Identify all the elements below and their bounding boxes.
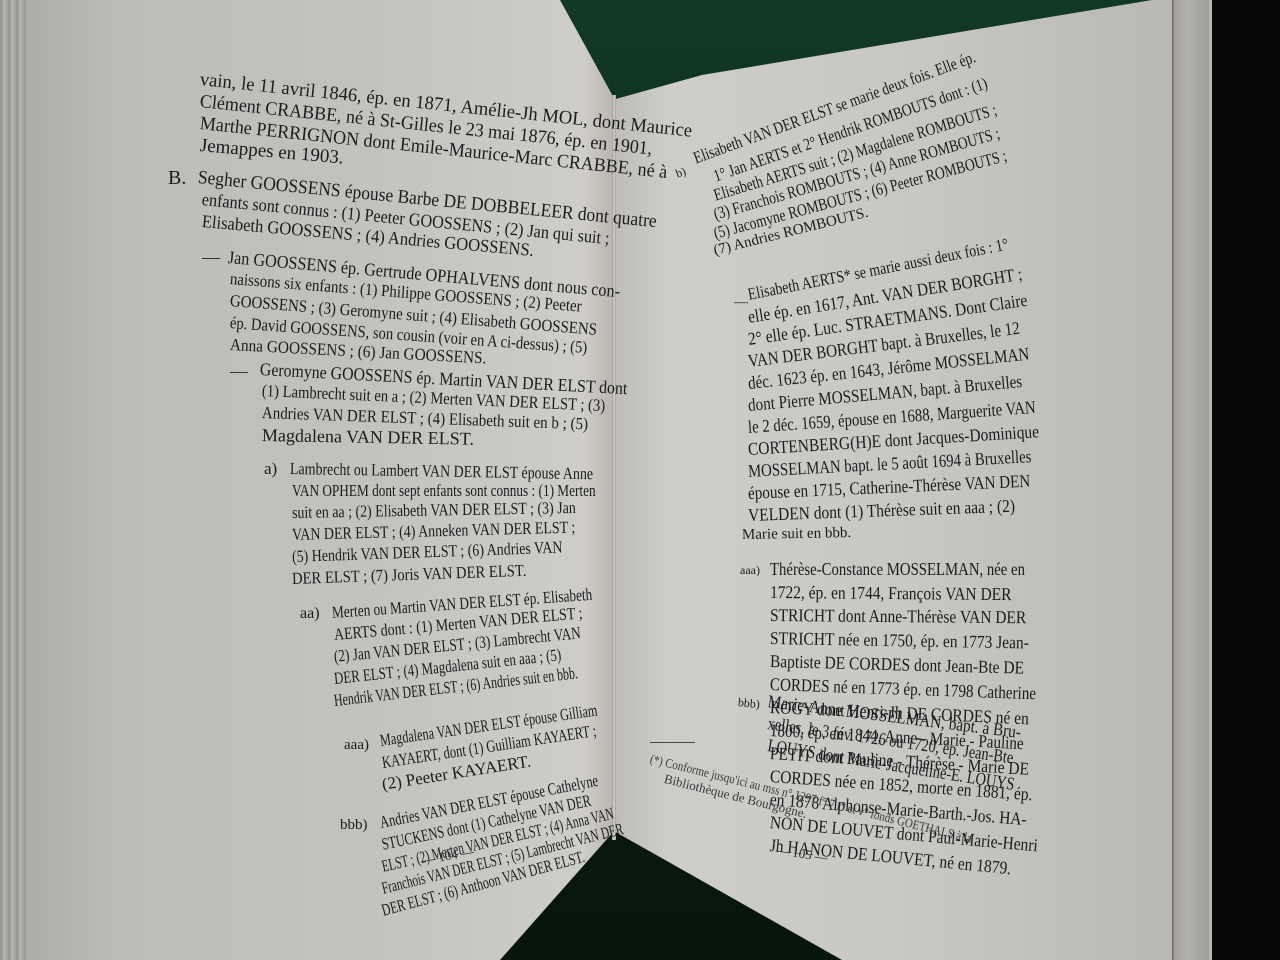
text-line: STRICHT dont Anne-Thérèse VAN DER xyxy=(770,606,1026,626)
text-line: Marie suit en bbb. xyxy=(742,526,851,543)
photo-scene: vain, le 11 avril 1846, ép. en 1871, Amé… xyxy=(0,0,1280,960)
paragraph-label: bbb) xyxy=(340,818,368,833)
footnote-rule xyxy=(650,742,695,743)
text-line: VAN OPHEM dont sept enfants sont connus … xyxy=(292,482,596,499)
paragraph-label: a) xyxy=(264,460,277,477)
text-line: 1722, ép. en 1744, François VAN DER xyxy=(770,583,1012,603)
text-line: Thérèse-Constance MOSSELMAN, née en xyxy=(770,560,1025,578)
paragraph-label: aaa) xyxy=(344,738,369,753)
paragraph-label: aa) xyxy=(300,606,320,622)
paragraph-dash: — xyxy=(202,248,220,266)
left-page-edges xyxy=(0,0,26,960)
text-line: Magdalena VAN DER ELST. xyxy=(262,426,474,448)
right-page-stack xyxy=(1172,0,1209,960)
dark-background-right xyxy=(1200,0,1280,960)
paragraph-label: aaa) xyxy=(740,564,760,576)
paragraph-dash: — xyxy=(230,362,248,380)
paragraph-label: bbb) xyxy=(737,696,760,710)
text-line: STRICHT née en 1750, ép. en 1773 Jean- xyxy=(770,629,1029,652)
paragraph-label: B. xyxy=(168,168,186,188)
